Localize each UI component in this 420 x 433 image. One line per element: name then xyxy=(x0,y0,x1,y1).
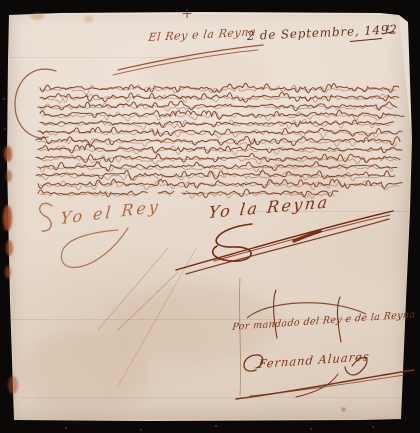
dust-speck xyxy=(310,428,312,430)
dust-speck xyxy=(372,426,374,428)
dust-speck xyxy=(215,425,217,427)
dust-speck xyxy=(140,429,142,431)
dust-speck xyxy=(65,427,67,429)
manuscript-paper xyxy=(0,0,420,433)
red-speck xyxy=(4,128,6,130)
red-speck xyxy=(3,98,5,100)
photograph-frame: El Rey e la Reyna 2 de Septembre, 1492 1… xyxy=(0,0,420,433)
